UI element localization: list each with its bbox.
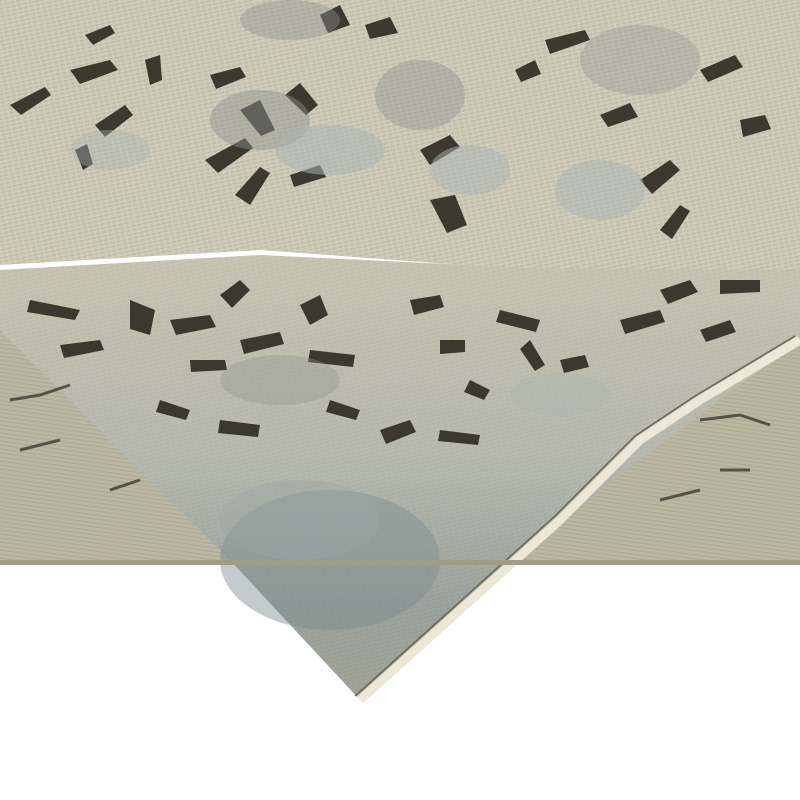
rug-illustration (0, 0, 800, 800)
photo-scene (0, 0, 800, 800)
rug-bottom-edge (0, 560, 800, 565)
